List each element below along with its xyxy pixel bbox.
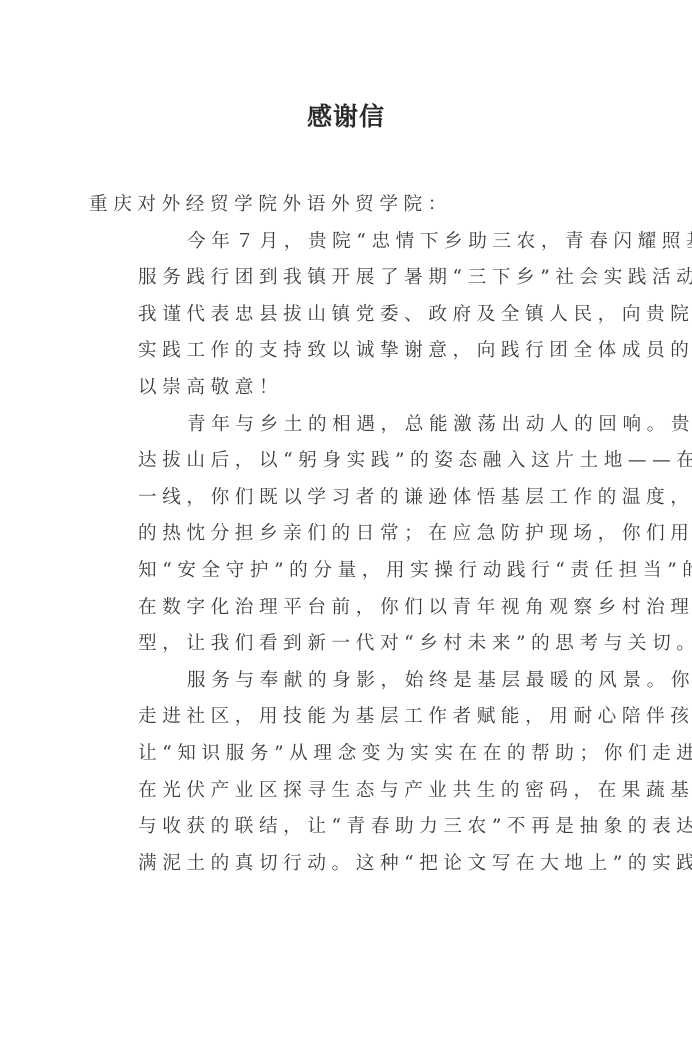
paragraph-line: 达拔山后，以“躬身实践”的姿态融入这片土地——在社区治理: [89, 443, 605, 480]
letter-body: 重庆对外经贸学院外语外贸学院： 今年７月，贵院“忠情下乡助三农，青春闪耀照基层”…: [89, 187, 605, 882]
paragraph-line: 在光伏产业区探寻生态与产业共生的密码，在果蔬基地感受耕耘: [89, 773, 605, 810]
paragraph-line: 一线，你们既以学习者的谦逊体悟基层工作的温度，又以参与者: [89, 480, 605, 517]
paragraph-line: 与收获的联结，让“青春助力三农”不再是抽象的表达，而是沾: [89, 809, 605, 846]
page-title: 感谢信: [0, 100, 692, 134]
paragraph-1: 今年７月，贵院“忠情下乡助三农，青春闪耀照基层”社会 服务践行团到我镇开展了暑期…: [89, 224, 605, 407]
paragraph-line: 走进社区，用技能为基层工作者赋能，用耐心陪伴孩子们成长，: [89, 699, 605, 736]
paragraph-3: 服务与奉献的身影，始终是基层最暖的风景。你们带着知识 走进社区，用技能为基层工作…: [89, 663, 605, 883]
paragraph-line: 我谨代表忠县拔山镇党委、政府及全镇人民，向贵院此次对基层: [89, 297, 605, 334]
paragraph-line: 让“知识服务”从理念变为实实在在的帮助；你们走进田间地头，: [89, 736, 605, 773]
paragraph-line: 今年７月，贵院“忠情下乡助三农，青春闪耀照基层”社会: [89, 224, 605, 261]
letter-page: 感谢信 重庆对外经贸学院外语外贸学院： 今年７月，贵院“忠情下乡助三农，青春闪耀…: [0, 0, 692, 1039]
paragraph-line: 知“安全守护”的分量，用实操行动践行“责任担当”的内涵；: [89, 553, 605, 590]
paragraph-line: 实践工作的支持致以诚挚谢意，向践行团全体成员的倾情付出致: [89, 333, 605, 370]
paragraph-2: 青年与乡土的相遇，总能激荡出动人的回响。贵院践行团抵 达拔山后，以“躬身实践”的…: [89, 407, 605, 663]
paragraph-line: 的热忱分担乡亲们的日常；在应急防护现场，你们用专注态度感: [89, 516, 605, 553]
paragraph-line: 服务与奉献的身影，始终是基层最暖的风景。你们带着知识: [89, 663, 605, 700]
paragraph-line: 以崇高敬意！: [89, 370, 605, 407]
paragraph-line: 青年与乡土的相遇，总能激荡出动人的回响。贵院践行团抵: [89, 407, 605, 444]
paragraph-line: 在数字化治理平台前，你们以青年视角观察乡村治理的现代化转: [89, 590, 605, 627]
paragraph-line: 满泥土的真切行动。这种“把论文写在大地上”的实践精神，恰: [89, 846, 605, 883]
paragraph-line: 服务践行团到我镇开展了暑期“三下乡”社会实践活动。在此，: [89, 260, 605, 297]
salutation: 重庆对外经贸学院外语外贸学院：: [89, 187, 605, 224]
paragraph-line: 型，让我们看到新一代对“乡村未来”的思考与关切。: [89, 626, 605, 663]
